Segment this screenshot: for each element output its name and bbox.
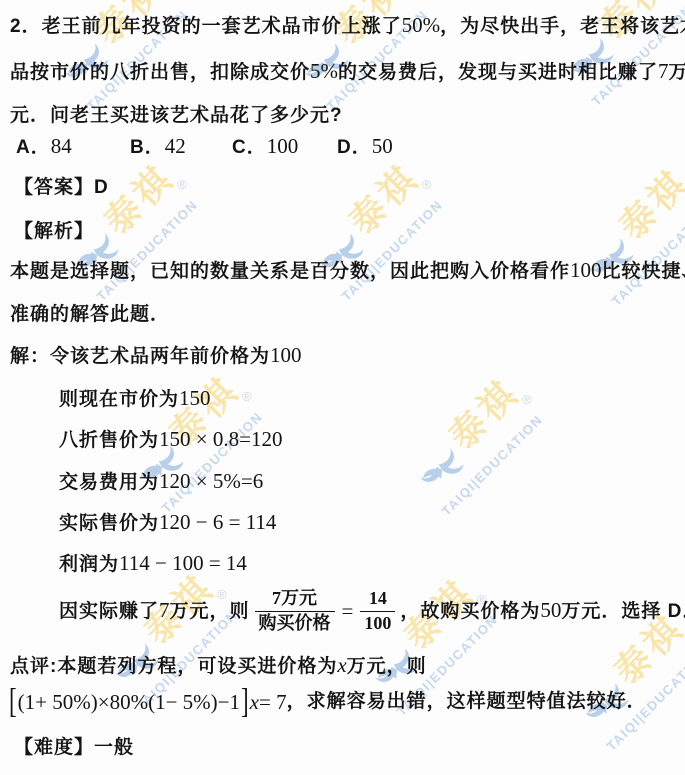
equals-sign: = bbox=[342, 598, 354, 624]
text-segment: 八折售价为 bbox=[59, 430, 159, 451]
text-segment: 120 − 6 = 114 bbox=[159, 510, 276, 534]
text-segment: 比较快捷、 bbox=[602, 261, 685, 282]
option-d-value: 50 bbox=[372, 134, 393, 158]
text-segment: 100 bbox=[570, 258, 602, 282]
watermark-latin-text: TAIQI|EDUCATION bbox=[339, 197, 446, 304]
text-segment: 5% bbox=[310, 59, 338, 83]
watermark-latin-text: TAIQI|EDUCATION bbox=[159, 409, 266, 516]
text-segment: 【难度】一般 bbox=[14, 737, 134, 758]
text-segment: 万元．选择 D． bbox=[561, 601, 685, 622]
conclusion-post: ，故购买价格为50万元．选择 D． bbox=[400, 597, 685, 625]
text-segment: 解：令该艺术品两年前价格为 bbox=[10, 346, 270, 367]
problem-line-2: 品按市价的八折出售，扣除成交价5%的交易费后，发现与买进时相比赚了7万 bbox=[10, 58, 685, 86]
registered-mark-icon: ® bbox=[522, 392, 532, 407]
text-segment: 因实际赚了 bbox=[59, 601, 159, 622]
text-segment: 点评:本题若列方程，可设买进价格为 bbox=[10, 656, 337, 677]
fraction-numerator: 7万元 bbox=[268, 587, 321, 610]
text-segment: 本题是选择题，已知的数量关系是百分数，因此把购入价格看作 bbox=[10, 261, 570, 282]
option-b-label: B． bbox=[130, 137, 165, 158]
option-d-label: D． bbox=[337, 137, 372, 158]
text-segment: 150 bbox=[179, 386, 211, 410]
equation-rhs: = 7 bbox=[259, 689, 287, 715]
text-segment: 元．问老王买进该艺术品花了多少元? bbox=[10, 105, 343, 126]
text-segment: 万 bbox=[669, 62, 685, 83]
equation-post: ，求解容易出错，这样题型特值法较好． bbox=[287, 689, 647, 715]
equation-expression: (1+ 50%)×80%(1− 5%)−1 bbox=[18, 689, 240, 715]
solution-line-5: 实际售价为120 − 6 = 114 bbox=[59, 509, 276, 537]
option-c-value: 100 bbox=[267, 134, 299, 158]
analysis-line-1: 本题是选择题，已知的数量关系是百分数，因此把购入价格看作100比较快捷、 bbox=[10, 257, 685, 285]
watermark: 泰祺 TAIQI|EDUCATION ® bbox=[310, 175, 460, 325]
analysis-header: 【解析】 bbox=[14, 219, 94, 245]
text-segment: 准确的解答此题． bbox=[10, 304, 170, 325]
problem-line-1: 2．老王前几年投资的一套艺术品市价上涨了50%，为尽快出手，老王将该艺术 bbox=[10, 12, 685, 40]
conclusion-line: 因实际赚了7万元，则7万元购买价格=14100，故购买价格为50万元．选择 D． bbox=[59, 583, 685, 639]
registered-mark-icon: ® bbox=[177, 177, 187, 192]
option-c: C．100 bbox=[232, 133, 298, 161]
equation-variable: x bbox=[250, 689, 259, 715]
solution-line-1: 解：令该艺术品两年前价格为100 bbox=[10, 342, 302, 370]
registered-mark-icon: ® bbox=[242, 389, 252, 404]
watermark-cn-text: 泰祺 bbox=[336, 152, 429, 245]
text-segment: 100 bbox=[270, 343, 302, 367]
fraction-denominator: 100 bbox=[360, 611, 395, 635]
registered-mark-icon: ® bbox=[422, 177, 432, 192]
text-segment: 交易费用为 bbox=[59, 472, 159, 493]
solution-line-4: 交易费用为120 × 5%=6 bbox=[59, 468, 263, 496]
watermark: 泰祺 TAIQI|EDUCATION ® bbox=[580, 180, 685, 330]
problem-line-3: 元．问老王买进该艺术品花了多少元? bbox=[10, 103, 343, 129]
text-segment: 【答案】D bbox=[14, 177, 109, 198]
comment-line: 点评:本题若列方程，可设买进价格为x万元，则 bbox=[10, 652, 427, 680]
right-bracket: ] bbox=[241, 683, 249, 722]
solution-line-2: 则现在市价为150 bbox=[59, 385, 211, 413]
text-segment: 50% bbox=[402, 13, 441, 37]
text-segment: 万元，则 bbox=[170, 601, 250, 622]
text-segment: 114 − 100 = 14 bbox=[119, 551, 247, 575]
text-segment: 120 × 5%=6 bbox=[159, 469, 263, 493]
text-segment: 的交易费后，发现与买进时相比赚了 bbox=[338, 62, 658, 83]
watermark-latin-text: TAIQI|EDUCATION bbox=[609, 202, 685, 309]
text-segment: ，为尽快出手，老王将该艺术 bbox=[440, 16, 685, 37]
watermark-cn-text: 泰祺 bbox=[436, 367, 529, 460]
option-b-value: 42 bbox=[165, 134, 186, 158]
text-segment: 利润为 bbox=[59, 554, 119, 575]
difficulty-line: 【难度】一般 bbox=[14, 735, 134, 761]
watermark: 泰祺 TAIQI|EDUCATION ® bbox=[410, 390, 560, 540]
taiqi-swirl-logo-icon bbox=[418, 446, 466, 494]
watermark-cn-text: 泰祺 bbox=[606, 157, 685, 250]
registered-mark-icon: ® bbox=[167, 0, 177, 2]
text-segment: 2．老王前几年投资的一套艺术品市价上涨了 bbox=[10, 16, 402, 37]
option-a: A．84 bbox=[16, 133, 72, 161]
text-segment: 实际售价为 bbox=[59, 513, 159, 534]
solution-line-6: 利润为114 − 100 = 14 bbox=[59, 550, 247, 578]
option-a-label: A． bbox=[16, 137, 51, 158]
fraction-profit-over-price: 7万元购买价格 bbox=[255, 587, 335, 635]
text-segment: ，故购买价格为 bbox=[400, 601, 540, 622]
text-segment: 则现在市价为 bbox=[59, 389, 179, 410]
answer-line: 【答案】D bbox=[14, 175, 109, 201]
text-segment: 7 bbox=[658, 59, 669, 83]
text-segment: x bbox=[337, 653, 346, 677]
left-bracket: [ bbox=[9, 683, 17, 722]
options-row: A．84 B．42 C．100 D．50 bbox=[0, 133, 665, 159]
fraction-numerator: 14 bbox=[365, 587, 391, 610]
text-segment: 万元，则 bbox=[347, 656, 427, 677]
equation-line: [(1+ 50%)×80%(1− 5%)−1]x= 7，求解容易出错，这样题型特… bbox=[8, 684, 647, 720]
document-page: 泰祺 TAIQI|EDUCATION ® 泰祺 TAIQI|EDUCATION … bbox=[0, 0, 685, 775]
watermark-latin-text: TAIQI|EDUCATION bbox=[439, 412, 546, 519]
watermark-latin-text: TAIQI|EDUCATION bbox=[94, 197, 201, 304]
option-c-label: C． bbox=[232, 137, 267, 158]
fraction-denominator: 购买价格 bbox=[255, 611, 335, 635]
fraction-14-over-100: 14100 bbox=[360, 587, 395, 635]
text-segment: 7 bbox=[159, 598, 170, 622]
text-segment: 50 bbox=[540, 598, 561, 622]
option-b: B．42 bbox=[130, 133, 186, 161]
option-a-value: 84 bbox=[51, 134, 72, 158]
solution-line-3: 八折售价为150 × 0.8=120 bbox=[59, 426, 282, 454]
text-segment: 【解析】 bbox=[14, 221, 94, 242]
text-segment: 品按市价的八折出售，扣除成交价 bbox=[10, 62, 310, 83]
conclusion-pre: 因实际赚了7万元，则 bbox=[59, 597, 250, 625]
option-d: D．50 bbox=[337, 133, 393, 161]
registered-mark-icon: ® bbox=[407, 0, 417, 2]
text-segment: 150 × 0.8=120 bbox=[159, 427, 282, 451]
analysis-line-2: 准确的解答此题． bbox=[10, 302, 170, 328]
text-segment: ，求解容易出错，这样题型特值法较好． bbox=[287, 691, 647, 712]
